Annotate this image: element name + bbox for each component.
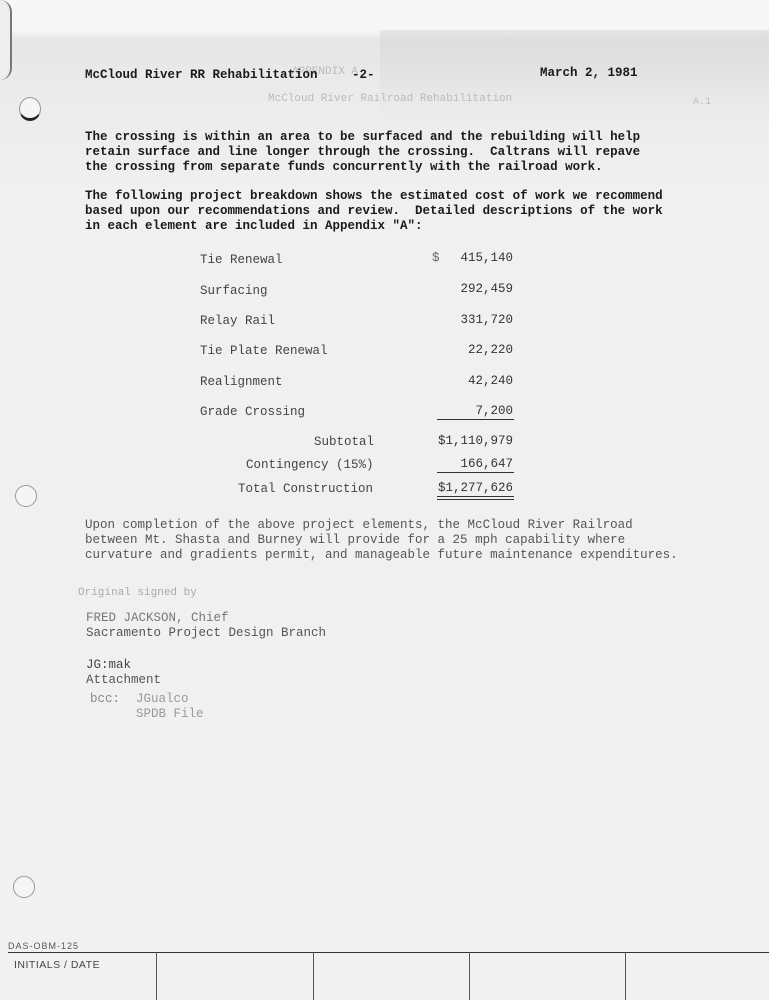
bcc-recipient: JGualco xyxy=(136,692,189,707)
cost-item-amount: 42,240 xyxy=(468,374,513,389)
cost-item-amount: 292,459 xyxy=(460,282,513,297)
paragraph-line: The crossing is within an area to be sur… xyxy=(85,130,640,145)
binder-hole xyxy=(13,876,35,898)
paragraph-line: based upon our recommendations and revie… xyxy=(85,204,663,219)
original-signed-stamp: Original signed by xyxy=(78,586,197,601)
paragraph-line: the crossing from separate funds concurr… xyxy=(85,160,603,175)
paragraph-line: between Mt. Shasta and Burney will provi… xyxy=(85,533,625,548)
signer-name: FRED JACKSON, Chief xyxy=(86,611,229,626)
paragraph-line: The following project breakdown shows th… xyxy=(85,189,663,204)
initials-date-label: INITIALS / DATE xyxy=(14,959,100,971)
page-number: -2- xyxy=(352,68,375,83)
paragraph-line: retain surface and line longer through t… xyxy=(85,145,640,160)
header-title: McCloud River RR Rehabilitation xyxy=(85,68,318,83)
footer-divider xyxy=(8,952,769,953)
underline xyxy=(437,472,514,473)
bcc-label: bcc: xyxy=(90,692,120,707)
cost-item-amount: 331,720 xyxy=(460,313,513,328)
cost-item-amount: 22,220 xyxy=(468,343,513,358)
attachment-note: Attachment xyxy=(86,673,161,688)
initials-cell[interactable] xyxy=(156,952,157,1000)
contingency-amount: 166,647 xyxy=(460,457,513,472)
document-page: APPENDIX A McCloud River Railroad Rehabi… xyxy=(0,0,769,1000)
initials-cell[interactable] xyxy=(625,952,626,1000)
binder-hole xyxy=(15,485,37,507)
cost-item-amount: 7,200 xyxy=(475,404,513,419)
subtotal-label: Subtotal xyxy=(314,435,374,450)
bcc-recipient: SPDB File xyxy=(136,707,204,722)
paper-edge xyxy=(0,0,12,80)
paragraph-line: curvature and gradients permit, and mana… xyxy=(85,548,678,563)
paragraph-line: Upon completion of the above project ele… xyxy=(85,518,633,533)
cost-item-label: Surfacing xyxy=(200,284,268,299)
cost-item-amount: 415,140 xyxy=(460,251,513,266)
cost-item-label: Grade Crossing xyxy=(200,405,305,420)
double-underline xyxy=(437,496,514,497)
subtotal-amount: $1,110,979 xyxy=(438,434,513,449)
cost-item-label: Realignment xyxy=(200,375,283,390)
double-underline xyxy=(437,499,514,500)
signer-branch: Sacramento Project Design Branch xyxy=(86,626,326,641)
binder-hole xyxy=(19,97,41,121)
initials-cell[interactable] xyxy=(469,952,470,1000)
contingency-label: Contingency (15%) xyxy=(246,458,374,473)
total-label: Total Construction xyxy=(238,482,373,497)
header-date: March 2, 1981 xyxy=(540,66,638,81)
total-amount: $1,277,626 xyxy=(438,481,513,496)
cost-item-label: Tie Renewal xyxy=(200,253,283,268)
typist-initials: JG:mak xyxy=(86,658,131,673)
initials-cell[interactable] xyxy=(313,952,314,1000)
cost-item-label: Tie Plate Renewal xyxy=(200,344,328,359)
cost-item-label: Relay Rail xyxy=(200,314,275,329)
paragraph-line: in each element are included in Appendix… xyxy=(85,219,423,234)
form-code: DAS-OBM-125 xyxy=(8,941,79,951)
bleed-through-mark: A.1 xyxy=(693,95,711,110)
bleed-through-text: McCloud River Railroad Rehabilitation xyxy=(268,92,512,107)
currency-symbol: $ xyxy=(432,251,440,266)
underline xyxy=(437,419,514,420)
